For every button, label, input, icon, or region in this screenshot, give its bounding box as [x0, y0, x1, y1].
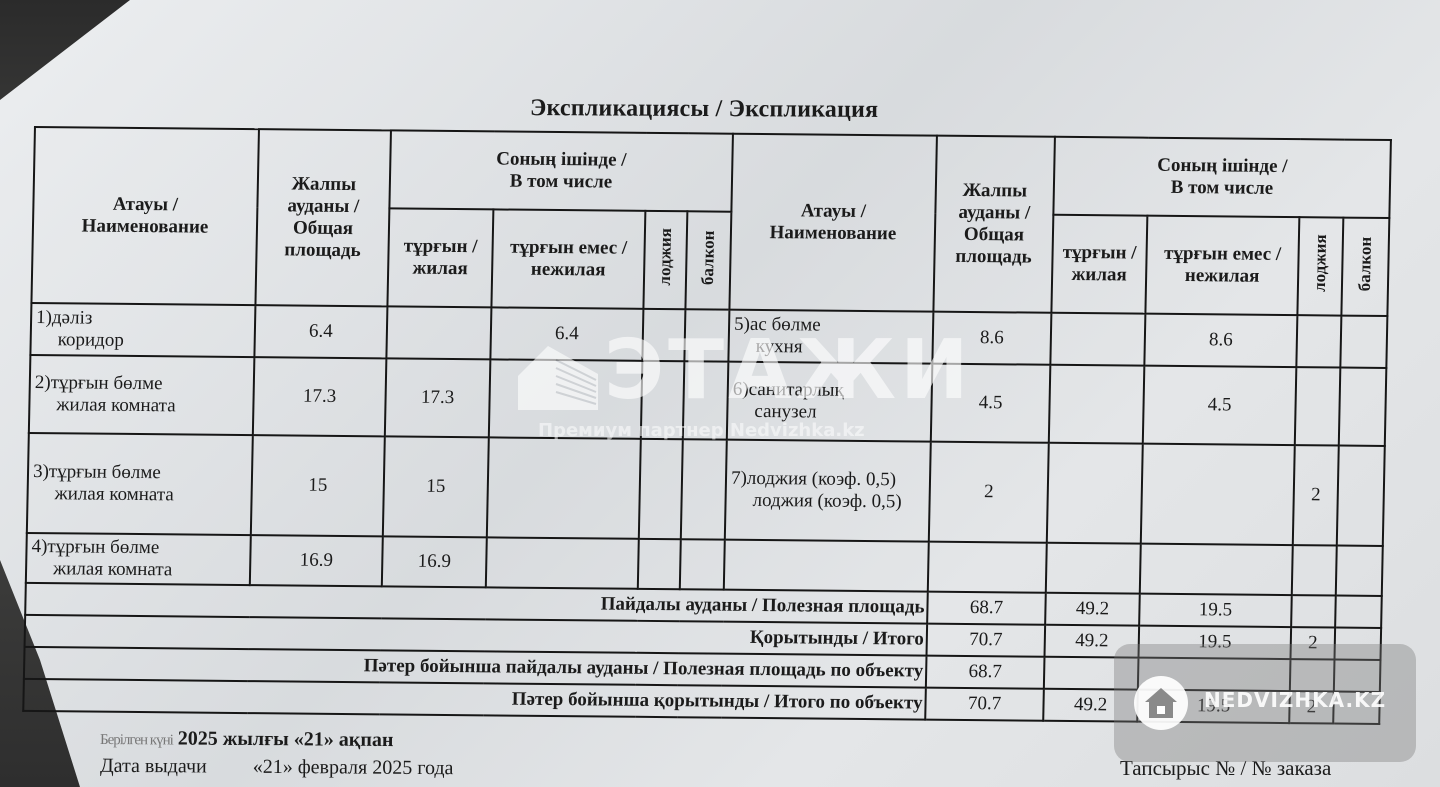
summary-cell-total: 70.7	[927, 624, 1046, 657]
header-balcony: балкон	[685, 211, 731, 309]
cell-nonliving: 4.5	[1143, 366, 1297, 445]
cell-loggia	[1292, 545, 1337, 595]
cell-balcony	[680, 539, 725, 589]
header-living-right: тұрғын /жилая	[1051, 215, 1147, 314]
room-name-kz: 5)ас бөлме	[734, 314, 821, 336]
room-name: 5)ас бөлмекухня	[728, 310, 933, 364]
cell-balcony	[1340, 316, 1387, 368]
summary-cell-living: 49.2	[1045, 593, 1140, 626]
cell-loggia	[638, 539, 681, 589]
summary-cell-total: 68.7	[927, 592, 1046, 625]
room-name-ru: жилая комната	[31, 558, 245, 582]
cell-loggia	[1296, 315, 1341, 367]
cell-living: 15	[383, 436, 489, 537]
cell-nonliving: 8.6	[1144, 314, 1297, 367]
room-name: 1)дəлізкоридор	[30, 303, 255, 357]
cell-balcony	[1336, 546, 1383, 596]
cell-nonliving	[1140, 544, 1293, 595]
room-name-kz: 1)дəліз	[36, 307, 93, 329]
cell-living	[1047, 443, 1143, 544]
cell-balcony	[1339, 368, 1387, 446]
header-nonliving: тұрғын емес /нежилая	[491, 209, 645, 308]
header-including: Соның ішінде /В том числе	[389, 130, 733, 211]
cell-loggia	[642, 309, 685, 361]
nedvizhka-brand: NEDVIZHKA.KZ	[1204, 688, 1386, 712]
document-title: Экспликациясы / Экспликация	[530, 95, 878, 124]
cell-total: 17.3	[253, 357, 387, 436]
header-name-right: Атауы /Наименование	[729, 134, 937, 312]
cell-living	[1050, 313, 1145, 366]
cell-nonliving: 6.4	[490, 307, 643, 360]
issue-ru-label: Дата выдачи	[100, 755, 207, 778]
issue-kz-prefix: Берілген күні	[100, 732, 173, 749]
header-loggia: лоджия	[643, 211, 687, 309]
room-name-ru: коридор	[35, 329, 249, 353]
cell-living	[1049, 365, 1145, 444]
room-name-ru: кухня	[733, 336, 927, 360]
room-name-ru	[729, 565, 923, 567]
cell-total: 16.9	[250, 535, 383, 586]
room-name: 2)тұрғын бөлмежилая комната	[29, 355, 255, 435]
summary-cell-loggia	[1291, 595, 1336, 627]
cell-balcony	[683, 361, 729, 439]
issue-ru-date: «21» февраля 2025 года	[253, 756, 454, 779]
room-rows: 1)дəлізкоридор6.46.45)ас бөлмекухня8.68.…	[26, 303, 1388, 596]
cell-total: 2	[929, 442, 1049, 543]
room-name: 6)санитарлықсанузел	[727, 362, 933, 442]
room-name-ru: санузел	[732, 401, 926, 425]
table-row: 2)тұрғын бөлмежилая комната17.317.36)сан…	[29, 355, 1387, 446]
room-name-ru: жилая комната	[34, 394, 248, 418]
header-name: Атауы /Наименование	[31, 127, 259, 305]
cell-loggia	[1295, 367, 1341, 445]
cell-loggia	[641, 361, 685, 439]
cell-balcony	[684, 309, 729, 361]
header-including-right: Соның ішінде /В том числе	[1053, 137, 1391, 218]
cell-loggia	[639, 439, 683, 539]
room-name: 7)лоджия (коэф. 0,5)лоджия (коэф. 0,5)	[725, 440, 931, 542]
cell-total: 15	[251, 435, 385, 536]
room-name: 3)тұрғын бөлмежилая комната	[27, 433, 253, 535]
nedvizhka-logo	[1134, 676, 1188, 730]
cell-total: 8.6	[932, 312, 1051, 365]
cell-nonliving	[489, 359, 643, 438]
cell-living: 16.9	[382, 536, 487, 587]
header-total-area-right: Жалпыауданы /Общаяплощадь	[933, 136, 1055, 313]
summary-cell-total: 68.7	[926, 656, 1045, 689]
cell-total: 6.4	[254, 305, 387, 358]
issue-kz-date: 2025 жылғы «21» ақпан	[178, 728, 394, 752]
header-row-1: Атауы /Наименование Жалпыауданы /Общаяпл…	[33, 127, 1391, 218]
nedvizhka-watermark: NEDVIZHKA.KZ	[1114, 644, 1416, 762]
issue-date-kz: Берілген күні 2025 жылғы «21» ақпан	[100, 727, 394, 752]
room-name-kz: 2)тұрғын бөлме	[35, 372, 163, 394]
cell-loggia: 2	[1293, 445, 1339, 545]
room-name-kz: 3)тұрғын бөлме	[33, 461, 161, 483]
cell-living	[1046, 543, 1141, 594]
cell-nonliving	[1141, 444, 1295, 545]
explication-table: Атауы /Наименование Жалпыауданы /Общаяпл…	[22, 126, 1392, 725]
table-row: 3)тұрғын бөлмежилая комната15157)лоджия …	[27, 433, 1385, 546]
header-loggia-right: лоджия	[1297, 217, 1343, 315]
room-name	[724, 540, 929, 592]
room-name-ru: жилая комната	[32, 483, 246, 507]
room-name-kz: 4)тұрғын бөлме	[31, 536, 159, 558]
cell-balcony	[681, 439, 727, 539]
cell-nonliving	[486, 537, 639, 588]
summary-cell-nonliving: 19.5	[1139, 594, 1292, 627]
cell-balcony	[1337, 446, 1385, 546]
summary-cell-total: 70.7	[925, 688, 1044, 721]
room-name-kz: 6)санитарлық	[733, 379, 844, 401]
room-name-ru: лоджия (коэф. 0,5)	[730, 490, 924, 514]
summary-cell-balcony	[1335, 596, 1382, 628]
cell-total	[928, 542, 1047, 593]
issue-date-ru: Дата выдачи «21» февраля 2025 года	[100, 755, 454, 780]
header-balcony-right: балкон	[1341, 218, 1389, 316]
header-total-area: Жалпыауданы /Общаяплощадь	[255, 129, 391, 306]
cell-nonliving	[487, 437, 641, 538]
room-name-kz: 7)лоджия (коэф. 0,5)	[731, 468, 896, 491]
room-name: 4)тұрғын бөлмежилая комната	[26, 533, 251, 585]
cell-living	[386, 306, 491, 359]
cell-total: 4.5	[931, 364, 1051, 443]
header-living: тұрғын /жилая	[387, 208, 493, 307]
cell-living: 17.3	[385, 358, 491, 437]
house-icon	[1143, 686, 1179, 720]
header-nonliving-right: тұрғын емес /нежилая	[1145, 216, 1299, 315]
